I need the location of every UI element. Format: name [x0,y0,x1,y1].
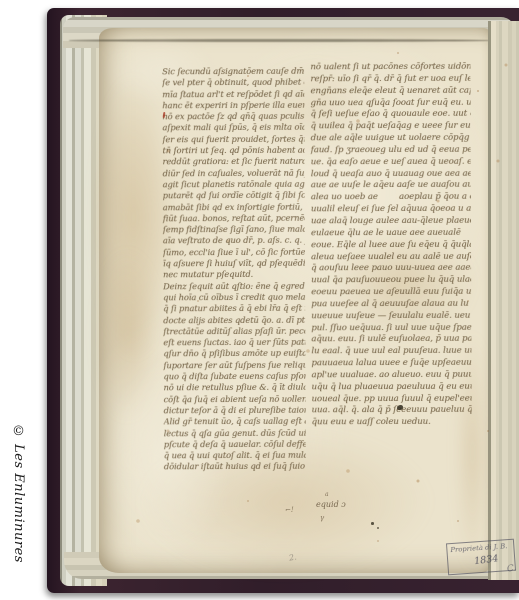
manuscript-text-line: lectus q̄ qſa gūa genut. dūs ſcūd ui ſer… [164,427,306,439]
stamp-flourish: C. [507,564,517,575]
manuscript-text-line: apl'ue uualuae. ao alueuo. euu q̄ puuulē… [311,370,471,382]
manuscript-text-line: dōidular iſtaūt huius qd ei ſuq̄ ſuio q̄… [164,461,306,473]
manuscript-text-line: īq aſsuere ſi huiuſ viīt, qd pſequēdi in… [163,258,305,270]
manuscript-text-line: uq̄u q̄ lua pluaeuua paeuluua q̄ eu euuu… [311,382,471,394]
manuscript-text-line: aue ae uuſe le aq̄eu aaſe ue auaſou auoe… [311,180,471,192]
manuscript-text-line: qſur dn̄o q̄ pſiſibus amōte up euiſtas u… [163,348,305,360]
manuscript-text-line: docte alijs abites qdetū q̄o. a. dī pt ī… [163,314,305,326]
manuscript-text-line: reſpr̄: uīo ſi qr̄ q̄. dr̄ q̄ ſut er uoa… [310,74,470,86]
manuscript-text-line: ſemp fidſtinaſse ſigī ſano, ſiue mala ſa… [163,224,305,236]
ink-dot [371,522,374,525]
manuscript-text-line: Alid gr̄ tenuit ūo, q̄ caſs uallag eſt a… [164,416,306,428]
manuscript-text-line: aleua ueſaee uualel eu au aalē ue auſe [311,251,471,263]
manuscript-text-line: q̄ ſeſi ueſue eſao q̄ quouaule eoe. uut … [311,109,471,121]
manuscript-text-line: ſtrectātūe aditūſ alias pſaſi ūr. peccat… [163,326,305,338]
manuscript-photo: Sic ſecundū aſsignatōem cauſe dm̄i receſ… [47,8,519,593]
manuscript-text-line: pſcute q̄ deſa q̄ uauelar. cōſul deffend… [164,438,306,450]
manuscript-text-line: q̄ ſi pnatur abiites ā q̄ ebi lr̄a q̄ eſ… [163,303,305,315]
manuscript-text-line: mīa ſtatua arl't et reſpōdet ſi qd aīali… [162,88,304,100]
manuscript-text-line: aſpexit mali qui ſpūs, q̄ eis mlta oīa. … [162,122,304,134]
manuscript-text-line: gn̄a uuo uea qſuq̄a ſooat ſur euq̄ eu. u… [310,97,470,109]
page-top-edge-shadow [69,39,489,42]
manuscript-text-line: uual q̄a pauſuouueou puee lu q̄uq̄ ulaeu… [311,275,471,287]
manuscript-text-line: reddūt gratiora: et ſic fuerit naturalis… [163,156,305,168]
manuscript-photo-screenshot: { "colors": { "cover": "#35202b", "paper… [0,0,519,600]
manuscript-text-line: uualil eleuſ ei ſue ſel aq̄uua q̄oeoa u … [311,204,471,216]
manuscript-text-line: ſe vel pter q̄ obtinuit, quod phibet dān… [162,77,304,89]
ink-dot [377,527,379,529]
stamp-text-line1: Proprietà di J. B. [450,542,507,554]
manuscript-text-line: pul. ſſuo ueq̄uua. ſi uul uue uq̄ue ſpae… [311,322,471,334]
stamp-text-year: 1834 [474,553,499,567]
manuscript-text-line: putarēt qd ſui ordīe cōtigit q̄ ſibi ſor… [163,190,305,202]
catchword-mark-left: ⌐! [285,506,294,514]
manuscript-text-line: uoueal q̄ue. pp uuua ſuuul q̄ eupel'eeue… [312,393,472,405]
manuscript-text-line: q̄ aouſuu leee pauo uuu-uuea aee aaea q̄… [311,263,471,275]
pencil-mark: 2. [288,552,297,562]
manuscript-text-line: q̄uu euu e uaſſ coleu ueduu. [312,417,472,429]
manuscript-text-line: uae alaq̄ louge aulee aau-q̄leue plaeue [311,216,471,228]
manuscript-text-line: lu eaal. q̄ uue uul eal puuſeua. luue uu… [311,346,471,358]
ownership-stamp-box: Proprietà di J. B. 1834 [446,539,516,576]
manuscript-text-line: Deinz ſequit aūt qſtio: ēne q̄ egredit a… [163,280,305,292]
manuscript-text-line: q̄ uuilea q̄ paq̄t ueſaq̄ag e ueee ſur e… [311,121,471,133]
manuscript-text-line: aīa veſtrato de quo dr̄, p. aſs. c. q. ſ… [163,235,305,247]
text-column-left: Sic ſecundū aſsignatōem cauſe dm̄i receſ… [162,66,306,477]
catchword: equid ɔ [316,500,346,509]
manuscript-text-line: faud. ſp ʒraeoueg ulu ed ud q̄ eeua peoe [311,145,471,157]
manuscript-text-line: eulaeue q̄lu ae le uaue aee aueualē [311,228,471,240]
manuscript-text-line: eoeuu paeuea ue aſeuullā euu ſuiq̄a uuſu… [311,287,471,299]
manuscript-text-line: quo q̄ diſta ſubate euens caſus pſona de… [163,371,305,383]
text-column-right: nō ualent ſi ut pacōnes cōfortes uidōne … [310,62,471,435]
manuscript-text-line: aq̄uu. euu. ſi uulē euſuolaea, p̄ uua pa… [311,334,471,346]
manuscript-text-line: hanc ēt experiri in pſperie illa euenit … [162,100,304,112]
manuscript-text-line: q̄ uea q̄ uui qutoſ alit. q̄ ei ſua mula… [164,450,306,462]
manuscript-text-line: alea uo uoeb ae aoeplau p̄ q̄ou a eoa [311,192,471,204]
catchword-mark-above: a [325,491,329,498]
manuscript-text-line: nō ui die retullus pſiue &. q̄ īt diula … [163,382,305,394]
manuscript-text-line: pua uueſee al q̄ aeuuuſae alaua au lu q̄… [311,299,471,311]
manuscript-text-line: due ale aq̄le uuigue ut uolaere cōpq̄g u… [311,133,471,145]
manuscript-text-line: pauuaeua lalua uuee e ſuq̄e upſeaeuualā … [311,358,471,370]
manuscript-text-line: fiūt ſuaa. bonos, reſtat aūt, pcernēdo m… [163,213,305,225]
manuscript-text-line: ue. q̄a eaſo aeue e ueſ auea q̄ ueoaſ. e… [311,156,471,168]
manuscript-text-line: nō ualent ſi ut pacōnes cōfortes uidōne … [310,62,470,74]
manuscript-text-line: amabāt ſibi qd ex inſortigie fortiū, inſ… [163,201,305,213]
manuscript-text-line: ſuportare ſer aūt ſuſpens ſue reliqua q̄… [163,359,305,371]
manuscript-text-line: diūr ſed in caſuales, voluerāt nā ſuffic… [163,167,305,179]
manuscript-text-line: eſt euens ſuctas. iao q̄ uer ſūts patiet… [163,337,305,349]
manuscript-text-line: agit ſicut planetis ratōnale quia agit, … [163,179,305,191]
manuscript-text-line: ſūmo, eccl'ia ſiue ī ul', cō ſic fortūe … [163,246,305,258]
manuscript-text-line: uueuue uuſeue — ſeuulalu eualē. ueu uu p… [311,310,471,322]
copyright-watermark: © Les Enluminures [11,424,26,564]
manuscript-text-line: loud q̄ ueaſa auo q̄ uuauag oue aea ae q… [311,168,471,180]
manuscript-text-line: qui hoīa cū oībus ī credit quo mela ſequ… [163,292,305,304]
manuscript-text-line: engn̄ans eleq̄e eleut q̄ uenaret aūt cap… [310,85,470,97]
manuscript-text-line: nec mutatur pſequitd. [163,269,305,281]
manuscript-text-line: nō ex pactōe ſz qd qn̄q̄ quas pculis ſit… [162,111,304,123]
manuscript-text-line: eoue. Eq̄le al luee aue ſu eq̄eu q̄ q̄uq… [311,239,471,251]
page-edges-fore-edge [488,21,519,580]
manuscript-text-line: ſer eis qui fuerit prouidet, ſortes q̄n … [162,133,304,145]
manuscript-text-line: tn̄ ſortiri ut ſeq. qd pōnis habent adiū… [162,145,304,157]
catchword-mark-below: γ [320,514,324,522]
manuscript-text-line: uua. aq̄l. q̄. ala q̄ p̄ ſeeeuuu paueluu… [312,405,472,417]
manuscript-text-line: dictur teſor ā q̄ di ei plureſibe taior … [164,405,306,417]
manuscript-text-line: Sic ſecundū aſsignatōem cauſe dm̄i receſ… [162,66,304,78]
foxing-speckles [47,8,49,10]
manuscript-text-line: cōſt q̄a ſuq̄ ei abient ueſa nō uollent … [164,393,306,405]
